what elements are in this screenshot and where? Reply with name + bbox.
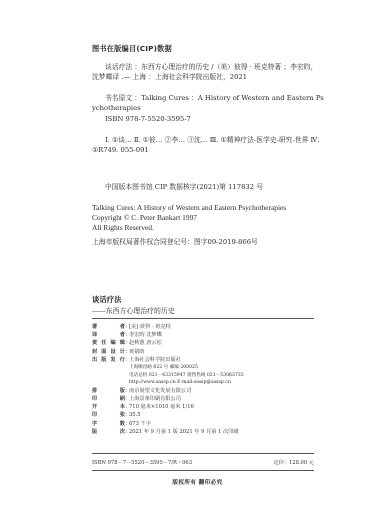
credit-value: 上海社会科学院出版社 (129, 356, 181, 364)
copyright-original-title: Talking Cures: A History of Western and … (92, 203, 324, 213)
prod-value: 35.5 (129, 411, 141, 419)
prod-label: 排版 (92, 387, 125, 395)
credit-value: [美] 彼得 · 班克特 (129, 323, 171, 331)
prod-label: 字数 (92, 420, 125, 428)
prod-row-edition: 版次： 2021 年 9 月第 1 版 2021 年 9 月第 1 次印刷 (92, 428, 244, 436)
divider-top (92, 318, 314, 319)
cip-heading: 图书在版编目(CIP)数据 (92, 44, 172, 54)
cip-entry: 谈话疗法 ：东西方心理治疗的历史 /（美）彼得 · 班克特著 ；李宏昀，沈梦蝶译… (92, 62, 324, 83)
prod-value: 2021 年 9 月第 1 版 2021 年 9 月第 1 次印刷 (129, 428, 239, 436)
footer-isbn: ISBN 978－7－5520－3595－7/R・063 (92, 459, 192, 466)
publisher-phone: 电话总机 021－63315947 销售热线 021－53063735 (92, 372, 244, 380)
price: 定价：128.00 元 (273, 459, 314, 466)
prod-value: 南京展望文化发展有限公司 (129, 387, 191, 395)
prod-row-printing: 印刷： 上海景条印刷有限公司 (92, 395, 244, 403)
prod-label: 开本 (92, 403, 125, 411)
divider-isbn-bottom (92, 470, 314, 471)
prod-value: 710 毫米×1010 毫米 1/16 (129, 403, 194, 411)
cip-isbn: ISBN 978-7-5520-3595-7 (92, 114, 324, 124)
prod-row-typesetting: 排版： 南京展望文化发展有限公司 (92, 387, 244, 395)
cip-core-number: 中国版本图书馆 CIP 数据核字(2021)第 117832 号 (92, 182, 324, 192)
all-rights-reserved: 版权所有 翻印必究 (0, 478, 375, 486)
prod-label: 版次 (92, 428, 125, 436)
copyright-reserved: All Rights Reserved. (92, 223, 324, 233)
copyright-registration: 上海市版权局著作权合同登记号：图字09-2019-866号 (92, 237, 324, 247)
credit-row-publisher: 出版发行： 上海社会科学院出版社 (92, 356, 244, 364)
credits-block: 著者： [美] 彼得 · 班克特 译者： 李宏昀 沈梦蝶 责任编辑： 赵秋蕙 唐… (92, 323, 244, 436)
credit-label: 译者 (92, 331, 125, 339)
cip-original-title: 书名原文 ：Talking Cures ：A History of Wester… (92, 93, 324, 114)
cip-classification: Ⅰ. ①谈… Ⅱ. ①彼… ②李… ③沈… Ⅲ. ①精神疗法-医学史-研究-世界… (92, 135, 324, 156)
prod-label: 印刷 (92, 395, 125, 403)
copyright-holder: Copyright © C. Peter Bankart 1997 (92, 213, 324, 223)
prod-value: 上海景条印刷有限公司 (129, 395, 181, 403)
credit-label: 著者 (92, 323, 125, 331)
isbn-price-row: ISBN 978－7－5520－3595－7/R・063 定价：128.00 元 (92, 459, 314, 466)
publisher-address: 上海顺昌路 622 号 邮编 200025 (92, 364, 244, 372)
divider-isbn-top (92, 453, 314, 454)
credit-row-author: 著者： [美] 彼得 · 班克特 (92, 323, 244, 331)
credit-label: 封面设计 (92, 348, 125, 356)
credit-label: 责任编辑 (92, 339, 125, 347)
credit-label: 出版发行 (92, 356, 125, 364)
credit-value: 赵秋蕙 唐云松 (129, 339, 162, 347)
prod-row-sheets: 印张： 35.5 (92, 411, 244, 419)
prod-value: 673 千字 (129, 420, 151, 428)
book-subtitle: ——东西方心理治疗的历史 (92, 305, 175, 315)
credit-row-editor: 责任编辑： 赵秋蕙 唐云松 (92, 339, 244, 347)
publisher-web: http://www.sassp.cn E-mail:sassp@sassp.c… (92, 379, 244, 387)
book-title: 谈话疗法 (92, 294, 122, 305)
prod-row-wordcount: 字数： 673 千字 (92, 420, 244, 428)
copyright-block: Talking Cures: A History of Western and … (92, 203, 324, 232)
credit-row-cover-design: 封面设计： 黄婧昉 (92, 348, 244, 356)
prod-label: 印张 (92, 411, 125, 419)
credit-value: 李宏昀 沈梦蝶 (129, 331, 162, 339)
credit-row-translator: 译者： 李宏昀 沈梦蝶 (92, 331, 244, 339)
credit-value: 黄婧昉 (129, 348, 145, 356)
prod-row-format: 开本： 710 毫米×1010 毫米 1/16 (92, 403, 244, 411)
